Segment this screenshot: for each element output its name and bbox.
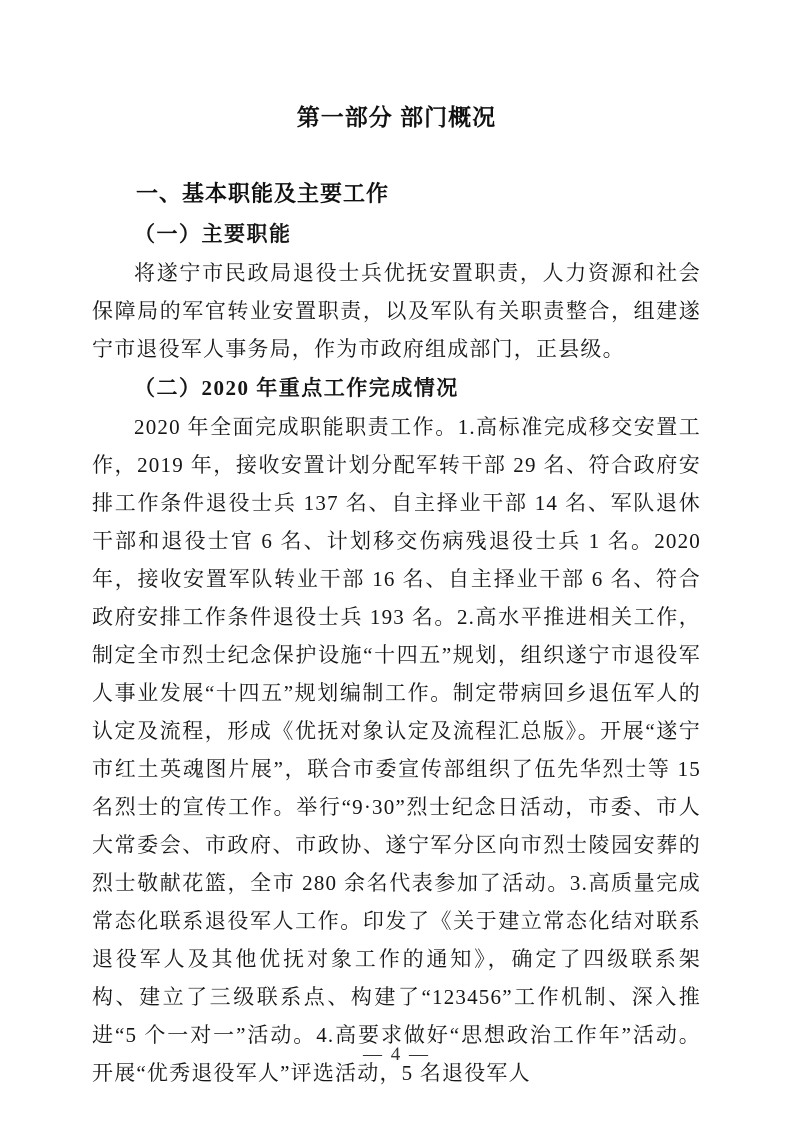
page-number: — 4 — (0, 1044, 793, 1066)
section-heading-basic-functions: 一、基本职能及主要工作 (92, 174, 701, 214)
document-page: 第一部分 部门概况 一、基本职能及主要工作 （一）主要职能 将遂宁市民政局退役士… (0, 0, 793, 1122)
sub-heading-main-functions: （一）主要职能 (92, 214, 701, 254)
sub-heading-2020-key-work: （二）2020 年重点工作完成情况 (92, 368, 701, 408)
paragraph-2020-key-work: 2020 年全面完成职能职责工作。1.高标准完成移交安置工作，2019 年，接收… (92, 408, 701, 1092)
paragraph-main-functions: 将遂宁市民政局退役士兵优抚安置职责，人力资源和社会保障局的军官转业安置职责，以及… (92, 254, 701, 368)
document-title: 第一部分 部门概况 (92, 96, 701, 138)
